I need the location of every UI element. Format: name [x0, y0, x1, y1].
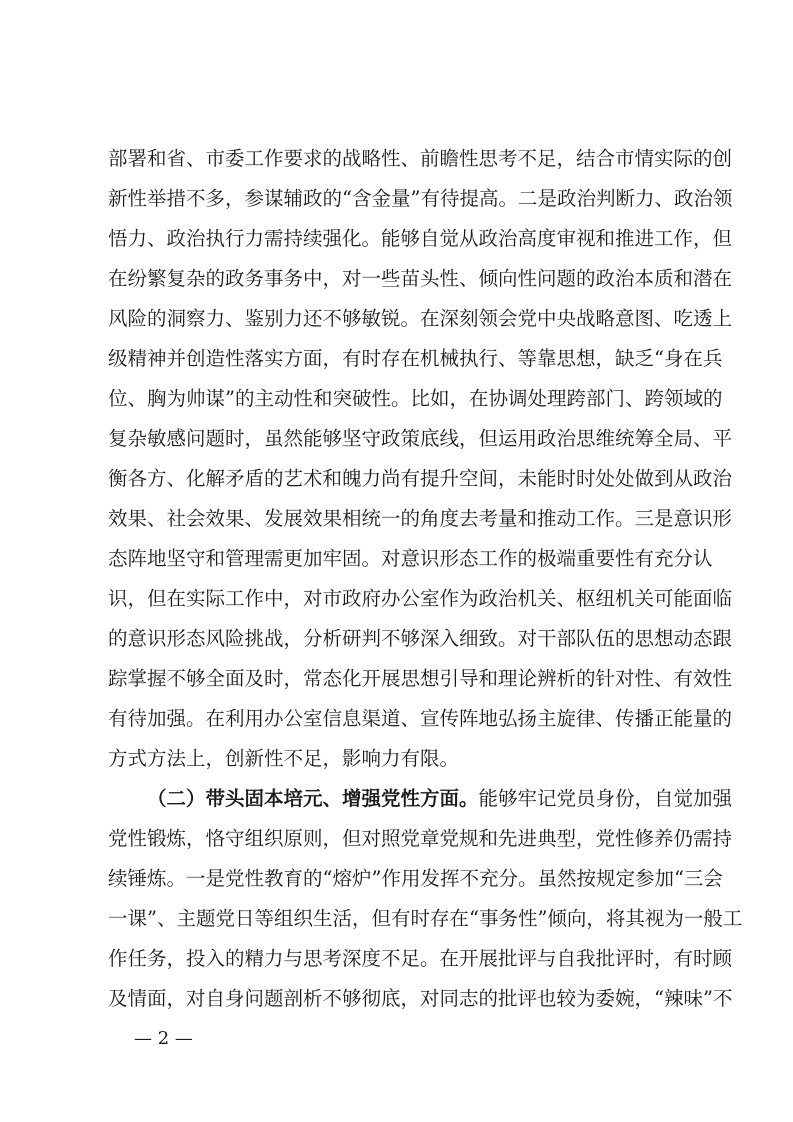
text-line: 悟力、政治执行力需持续强化。能够自觉从政治高度审视和推进工作，但 [108, 219, 696, 259]
text-line: 复杂敏感问题时，虽然能够坚守政策底线，但运用政治思维统筹全局、平 [108, 419, 696, 459]
text-line: 级精神并创造性落实方面，有时存在机械执行、等靠思想，缺乏“身在兵 [108, 339, 696, 379]
text-line: 位、胸为帅谋”的主动性和突破性。比如，在协调处理跨部门、跨领域的 [108, 379, 696, 419]
text-line: 态阵地坚守和管理需更加牢固。对意识形态工作的极端重要性有充分认 [108, 539, 696, 579]
text-line: 识，但在实际工作中，对市政府办公室作为政治机关、枢纽机关可能面临 [108, 579, 696, 619]
text-line: 在纷繁复杂的政务事务中，对一些苗头性、倾向性问题的政治本质和潜在 [108, 259, 696, 299]
page-number: — 2 — [134, 1027, 193, 1051]
section-heading: （二）带头固本培元、增强党性方面。 [147, 787, 479, 810]
text-span: 能够牢记党员身份，自觉加强 [479, 787, 733, 810]
body-text: 部署和省、市委工作要求的战略性、前瞻性思考不足，结合市情实际的创 新性举措不多，… [108, 139, 696, 1019]
text-line: 效果、社会效果、发展效果相统一的角度去考量和推动工作。三是意识形 [108, 499, 696, 539]
text-line: 有待加强。在利用办公室信息渠道、宣传阵地弘扬主旋律、传播正能量的 [108, 699, 696, 739]
text-line: 部署和省、市委工作要求的战略性、前瞻性思考不足，结合市情实际的创 [108, 139, 696, 179]
text-line: 党性锻炼，恪守组织原则，但对照党章党规和先进典型，党性修养仍需持 [108, 819, 696, 859]
text-line: 及情面，对自身问题剖析不够彻底，对同志的批评也较为委婉，“辣味”不 [108, 979, 696, 1019]
text-line: 衡各方、化解矛盾的艺术和魄力尚有提升空间，未能时时处处做到从政治 [108, 459, 696, 499]
section-heading-line: （二）带头固本培元、增强党性方面。能够牢记党员身份，自觉加强 [108, 779, 696, 819]
document-page: 部署和省、市委工作要求的战略性、前瞻性思考不足，结合市情实际的创 新性举措不多，… [0, 0, 793, 1122]
text-line: 新性举措不多，参谋辅政的“含金量”有待提高。二是政治判断力、政治领 [108, 179, 696, 219]
text-line: 风险的洞察力、鉴别力还不够敏锐。在深刻领会党中央战略意图、吃透上 [108, 299, 696, 339]
text-line: 作任务，投入的精力与思考深度不足。在开展批评与自我批评时，有时顾 [108, 939, 696, 979]
text-line: 的意识形态风险挑战，分析研判不够深入细致。对干部队伍的思想动态跟 [108, 619, 696, 659]
text-line: 续锤炼。一是党性教育的“熔炉”作用发挥不充分。虽然按规定参加“三会 [108, 859, 696, 899]
text-line: 一课”、主题党日等组织生活，但有时存在“事务性”倾向，将其视为一般工 [108, 899, 696, 939]
text-line: 方式方法上，创新性不足，影响力有限。 [108, 739, 696, 779]
text-line: 踪掌握不够全面及时，常态化开展思想引导和理论辨析的针对性、有效性 [108, 659, 696, 699]
